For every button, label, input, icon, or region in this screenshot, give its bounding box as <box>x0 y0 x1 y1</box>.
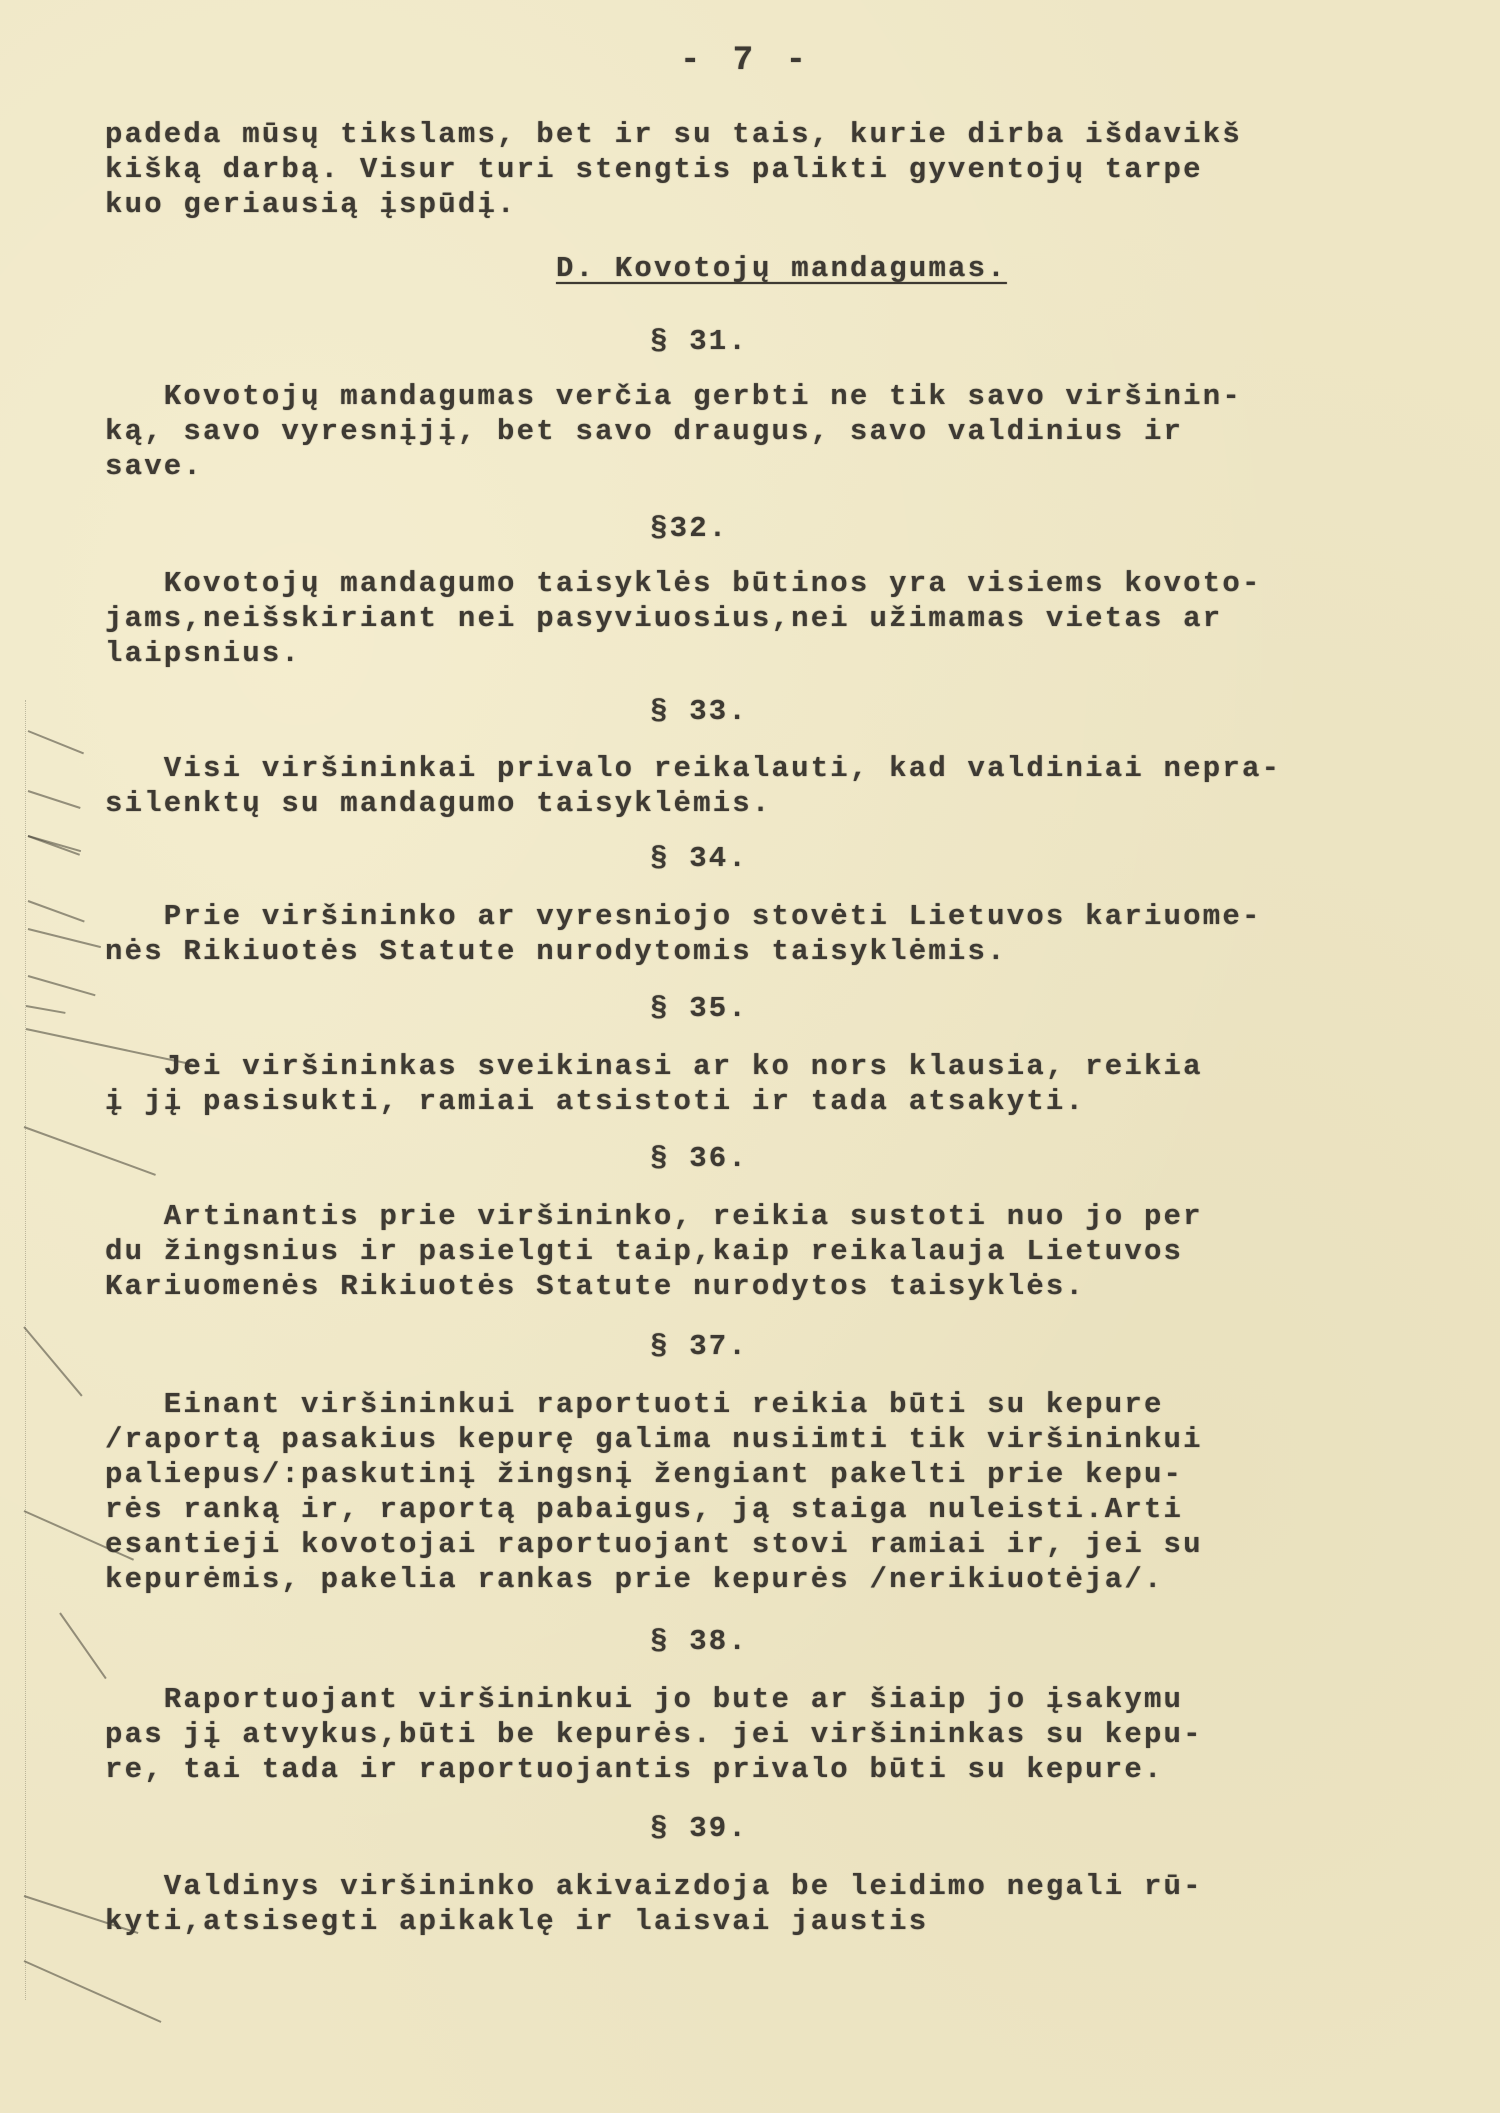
margin-mark <box>28 835 80 856</box>
paragraph-line: Raportuojant viršininkui jo bute ar šiai… <box>105 1683 1183 1716</box>
paragraph-line: du žingsnius ir pasielgti taip,kaip reik… <box>105 1235 1183 1268</box>
paragraph-line: silenktų su mandagumo taisyklėmis. <box>105 787 772 820</box>
margin-mark <box>28 900 85 922</box>
paragraph-line: pas jį atvykus,būti be kepurės. jei virš… <box>105 1718 1203 1751</box>
paragraph-line: į jį pasisukti, ramiai atsistoti ir tada… <box>105 1085 1085 1118</box>
margin-mark <box>24 1126 156 1176</box>
section-mark-32: §32. <box>650 512 728 545</box>
paragraph-line: Kovotojų mandagumas verčia gerbti ne tik… <box>105 380 1242 413</box>
paragraph-line: paliepus/:paskutinį žingsnį žengiant pak… <box>105 1458 1183 1491</box>
paragraph-line: save. <box>105 450 203 483</box>
section-heading: D. Kovotojų mandagumas. <box>556 252 1007 285</box>
section-mark-31: § 31. <box>650 325 748 358</box>
paragraph-line: /raportą pasakius kepurę galima nusiimti… <box>105 1423 1203 1456</box>
section-mark-36: § 36. <box>650 1142 748 1175</box>
intro-line: kišką darbą. Visur turi stengtis palikti… <box>105 153 1203 186</box>
paragraph-line: Jei viršininkas sveikinasi ar ko nors kl… <box>105 1050 1203 1083</box>
margin-mark <box>28 928 101 948</box>
section-mark-34: § 34. <box>650 842 748 875</box>
paragraph-line: Prie viršininko ar vyresniojo stovėti Li… <box>105 900 1262 933</box>
section-mark-33: § 33. <box>650 695 748 728</box>
paragraph-line: Visi viršininkai privalo reikalauti, kad… <box>105 752 1281 785</box>
margin-mark <box>28 975 96 996</box>
section-mark-37: § 37. <box>650 1330 748 1363</box>
paragraph-line: re, tai tada ir raportuojantis privalo b… <box>105 1753 1164 1786</box>
paragraph-line: Valdinys viršininko akivaizdoja be leidi… <box>105 1870 1203 1903</box>
page-number: - 7 - <box>680 42 812 80</box>
margin-mark <box>24 1960 162 2023</box>
typewritten-page: - 7 - padeda mūsų tikslams, bet ir su ta… <box>0 0 1500 2113</box>
section-mark-38: § 38. <box>650 1625 748 1658</box>
paragraph-line: laipsnius. <box>105 637 301 670</box>
section-mark-35: § 35. <box>650 992 748 1025</box>
paragraph-line: Kariuomenės Rikiuotės Statute nurodytos … <box>105 1270 1085 1303</box>
paragraph-line: rės ranką ir, raportą pabaigus, ją staig… <box>105 1493 1183 1526</box>
margin-mark <box>28 790 81 809</box>
left-margin-dotted-rule <box>25 700 26 2000</box>
paragraph-line: kepurėmis, pakelia rankas prie kepurės /… <box>105 1563 1164 1596</box>
section-mark-39: § 39. <box>650 1812 748 1845</box>
margin-mark <box>23 1326 82 1396</box>
paragraph-line: Einant viršininkui raportuoti reikia būt… <box>105 1388 1164 1421</box>
paragraph-line: Kovotojų mandagumo taisyklės būtinos yra… <box>105 567 1262 600</box>
margin-mark <box>59 1612 107 1679</box>
intro-line: padeda mūsų tikslams, bet ir su tais, ku… <box>105 118 1242 151</box>
margin-mark <box>28 730 84 754</box>
intro-line: kuo geriausią įspūdį. <box>105 188 517 221</box>
paragraph-line: Artinantis prie viršininko, reikia susto… <box>105 1200 1203 1233</box>
paragraph-line: esantieji kovotojai raportuojant stovi r… <box>105 1528 1203 1561</box>
paragraph-line: jams,neišskiriant nei pasyviuosius,nei u… <box>105 602 1222 635</box>
paragraph-line: nės Rikiuotės Statute nurodytomis taisyk… <box>105 935 1007 968</box>
margin-mark <box>26 1005 66 1014</box>
paragraph-line: kyti,atsisegti apikaklę ir laisvai jaust… <box>105 1905 928 1938</box>
paragraph-line: ką, savo vyresnįjį, bet savo draugus, sa… <box>105 415 1183 448</box>
